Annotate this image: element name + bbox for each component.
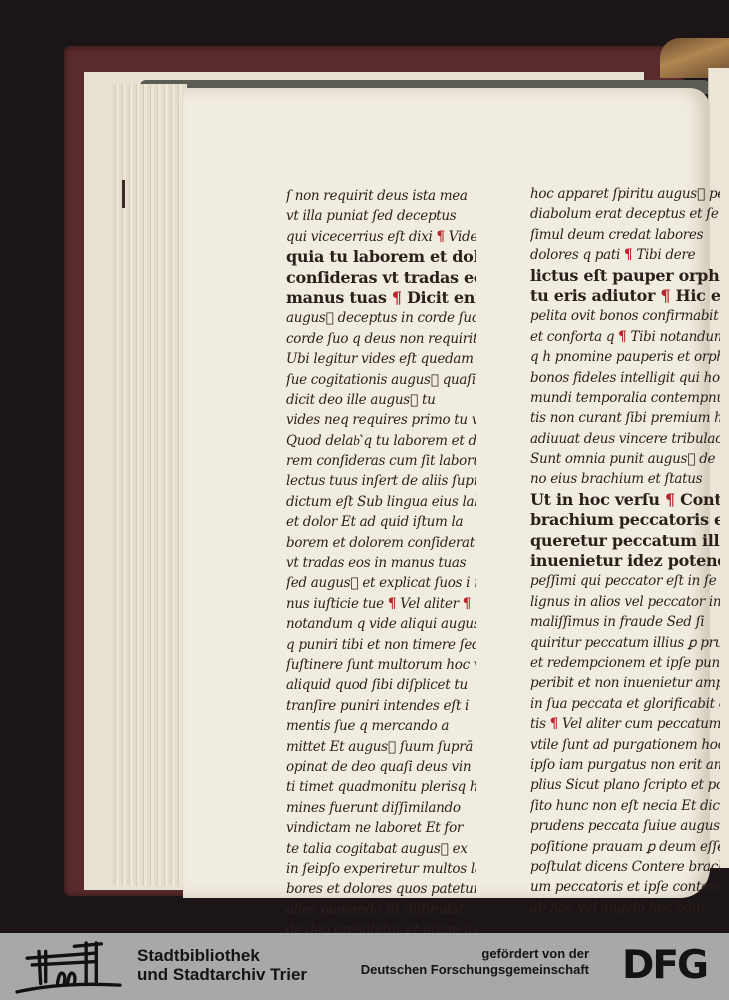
manuscript-line: q h pnomine pauperis et orphanum xyxy=(530,347,720,367)
manuscript-line: quia tu laborem et dolorem xyxy=(286,247,476,267)
bookmark-strip xyxy=(122,180,125,208)
manuscript-line: Sunt omnia punit augus᷑ de xyxy=(530,449,720,469)
manuscript-line: adiuuat deus vincere tribulacio xyxy=(530,429,720,449)
manuscript-line: manus tuas ¶ Dicit enim q xyxy=(286,288,476,308)
manuscript-line: notandum q vide aliqui augus᷑ xyxy=(286,614,476,634)
manuscript-line: dicit deo ille augus᷑ tu xyxy=(286,390,476,410)
manuscript-line: pelita ovit bonos confirmabit xyxy=(530,306,720,326)
manuscript-line: ſ non requirit deus ista mea xyxy=(286,186,476,206)
manuscript-line: borem et dolorem conſiderat ſubd᷑ xyxy=(286,533,476,553)
manuscript-line: mentis ſue q mercando a xyxy=(286,716,476,736)
manuscript-line: corde ſuo q deus non requirit xyxy=(286,329,476,349)
manuscript-scan: ſ non requirit deus ista meavt illa puni… xyxy=(0,0,729,933)
manuscript-line: queretur peccatum illius et non xyxy=(530,531,720,551)
manuscript-line: peſſimi qui peccator eſt in ſe et ma xyxy=(530,571,720,591)
manuscript-line: prudens peccata ſuiue augus᷑ de xyxy=(530,816,720,836)
manuscript-line: conſideras vt tradas eos i xyxy=(286,268,476,288)
manuscript-line: peribit et non inuenietur amplius xyxy=(530,673,720,693)
manuscript-line: brachium peccatoris et maligni xyxy=(530,510,720,530)
manuscript-line: poſtulat dicens Contere bracho xyxy=(530,857,720,877)
funding-notice: gefördert von der Deutschen Forschungsge… xyxy=(361,946,589,978)
manuscript-line: lignus in alios vel peccator in malicia xyxy=(530,592,720,612)
manuscript-line: mundi temporalia contempnunt et xyxy=(530,388,720,408)
dfg-logo-icon: DFG xyxy=(622,948,722,984)
manuscript-line: qui vicecerrius eſt dixi ¶ Vides xyxy=(286,227,476,247)
rubric-paragraph-mark: ¶ xyxy=(437,229,445,245)
manuscript-line: Ubi legitur vides eſt quedam affirmatio xyxy=(286,349,476,369)
text-column-left: ſ non requirit deus ista meavt illa puni… xyxy=(286,186,476,933)
library-name-line2: und Stadtarchiv Trier xyxy=(137,965,307,984)
manuscript-line: vt illa puniat ſed deceptus xyxy=(286,206,476,226)
manuscript-line: et conforta q ¶ Tibi notandum xyxy=(530,327,720,347)
manuscript-line: vtile ſunt ad purgationem hoc xyxy=(530,735,720,755)
manuscript-line: lictus eſt pauper orphano xyxy=(530,266,720,286)
manuscript-line: bonos fideles intelligit qui ho xyxy=(530,368,720,388)
manuscript-line: ſito hunc non eſt necia Et dicit xyxy=(530,796,720,816)
stadtbibliothek-trier-logo-icon xyxy=(12,939,130,995)
manuscript-line: quiritur peccatum illius ꝑ prudentiam xyxy=(530,633,720,653)
rubric-paragraph-mark: ¶ xyxy=(618,329,626,345)
manuscript-line: ſed augus᷑ et explicat ſuos i ma xyxy=(286,573,476,593)
manuscript-line: hoc apparet ſpiritu augus᷑ per xyxy=(530,184,720,204)
manuscript-line: ipſo iam purgatus non erit am xyxy=(530,755,720,775)
manuscript-line: ſuſtinere ſunt multorum hoc videt xyxy=(286,655,476,675)
rubric-paragraph-mark: ¶ xyxy=(463,596,471,612)
rubric-paragraph-mark: ¶ xyxy=(624,247,632,263)
manuscript-line: ſue cogitationis augus᷑ quaſi xyxy=(286,370,476,390)
manuscript-line: ti timet quadmonitu plerisq ho xyxy=(286,777,476,797)
manuscript-line: dictum eſt Sub lingua eius labor xyxy=(286,492,476,512)
manuscript-line: mines fuerunt diſſimilando xyxy=(286,798,476,818)
manuscript-line: tis non curant ſibi premium hoc xyxy=(530,408,720,428)
manuscript-line: maliſſimus in fraude Sed ſi xyxy=(530,612,720,632)
footer-bar: Stadtbibliothek und Stadtarchiv Trier ge… xyxy=(0,933,729,1000)
manuscript-line: opinat de deo quaſi deus vin xyxy=(286,757,476,777)
rubric-paragraph-mark: ¶ xyxy=(550,716,558,732)
manuscript-line: dolores q pati ¶ Tibi dere xyxy=(530,245,720,265)
manuscript-line: bores et dolores quos patetur xyxy=(286,879,476,899)
manuscript-line: diabolum erat deceptus et ſe xyxy=(530,204,720,224)
manuscript-line: tis ¶ Vel aliter cum peccatum augus᷑ xyxy=(530,714,720,734)
library-name-line1: Stadtbibliothek xyxy=(137,946,307,965)
manuscript-line: et dolor Et ad quid iſtum la xyxy=(286,512,476,532)
manuscript-line: lectus tuus inſert de aliis ſuprā xyxy=(286,471,476,491)
manuscript-line: vides neq requires primo tu vides xyxy=(286,410,476,430)
library-name: Stadtbibliothek und Stadtarchiv Trier xyxy=(137,946,307,984)
manuscript-line: Quod delab͛ q tu laborem et dolo xyxy=(286,431,476,451)
manuscript-line: te talia cogitabat augus᷑ ex xyxy=(286,839,476,859)
manuscript-line: ab hoc vel angelo hec adiu xyxy=(530,898,720,918)
manuscript-line: aliquid quod ſibi diſplicet tu xyxy=(286,675,476,695)
manuscript-line: alios puniendo Et diſſimilat xyxy=(286,900,476,920)
manuscript-line: poſitione prauam ꝑ deum eſſe xyxy=(530,837,720,857)
manuscript-line: q puniri tibi et non timere ſed xyxy=(286,635,476,655)
manuscript-line: augus᷑ deceptus in corde ſuo xyxy=(286,308,476,328)
funding-line2: Deutschen Forschungsgemeinschaft xyxy=(361,962,589,978)
manuscript-line: vindictam ne laboret Et for xyxy=(286,818,476,838)
manuscript-line: in ſua peccata et glorificabit conte xyxy=(530,694,720,714)
rubric-paragraph-mark: ¶ xyxy=(388,596,396,612)
manuscript-line: mittet Et augus᷑ ſuum ſuprā xyxy=(286,737,476,757)
manuscript-line: plius Sicut plano ſcripto et po xyxy=(530,775,720,795)
manuscript-line: in ſeipſo experiretur multos la xyxy=(286,859,476,879)
manuscript-line: inuenietur idez potenciam illius xyxy=(530,551,720,571)
manuscript-line: vt tradas eos in manus tuas xyxy=(286,553,476,573)
manuscript-line: no eius brachium et ſtatus xyxy=(530,469,720,489)
manuscript-line: nus iuſticie tue ¶ Vel aliter ¶ Vi xyxy=(286,594,476,614)
funding-line1: gefördert von der xyxy=(361,946,589,962)
manuscript-line: um peccatoris et ipſe conteret non xyxy=(530,877,720,897)
manuscript-line: de deo opinabitur et etiam ipſe xyxy=(286,920,476,933)
rubric-paragraph-mark: ¶ xyxy=(665,490,675,509)
manuscript-line: tranſire puniri intendes eſt i xyxy=(286,696,476,716)
manuscript-line: et redempcionem et ipſe punitur xyxy=(530,653,720,673)
rubric-paragraph-mark: ¶ xyxy=(392,288,402,307)
manuscript-line: tu eris adiutor ¶ Hic enter xyxy=(530,286,720,306)
manuscript-line: Ut in hoc verſu ¶ Contere xyxy=(530,490,720,510)
text-column-right: hoc apparet ſpiritu augus᷑ perdiabolum e… xyxy=(530,184,720,918)
manuscript-line: ſimul deum credat labores xyxy=(530,225,720,245)
manuscript-line: rem conſideras cum ſit laborum xyxy=(286,451,476,471)
rubric-paragraph-mark: ¶ xyxy=(660,286,670,305)
